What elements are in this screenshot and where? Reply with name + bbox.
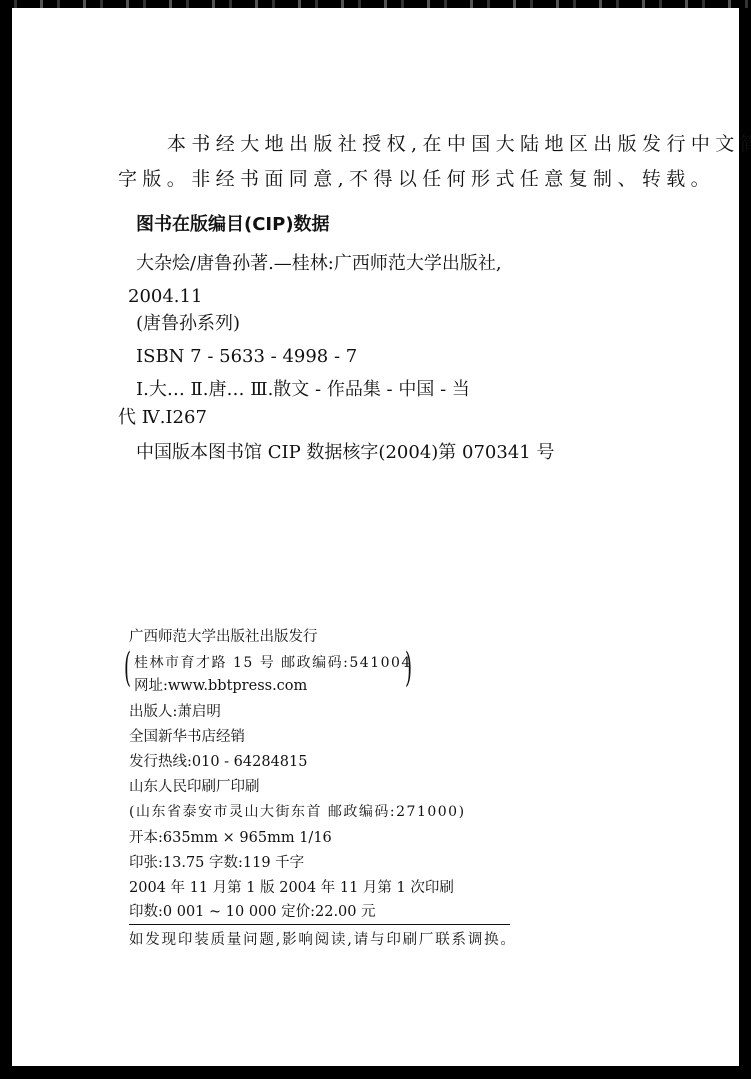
cip-heading: 图书在版编目(CIP)数据 xyxy=(136,216,330,234)
imprint-format: 开本:635mm × 965mm 1/16 xyxy=(129,831,332,846)
cip-series: (唐鲁孙系列) xyxy=(136,315,240,333)
notice-line-1: 本书经大地出版社授权,在中国大陆地区出版发行中文简体 xyxy=(167,135,751,154)
cip-isbn: ISBN 7 - 5633 - 4998 - 7 xyxy=(136,348,357,366)
imprint-printer-address: (山东省泰安市灵山大街东首 邮政编码:271000) xyxy=(129,805,466,819)
cip-title-line: 大杂烩/唐鲁孙著.—桂林:广西师范大学出版社, xyxy=(136,255,502,273)
imprint-address: 桂林市育才路 15 号 邮政编码:541004 xyxy=(134,656,412,670)
imprint-hotline: 发行热线:010 - 64284815 xyxy=(129,755,307,770)
imprint-printer: 山东人民印刷厂印刷 xyxy=(129,780,260,795)
imprint-website: 网址:www.bbtpress.com xyxy=(134,679,307,694)
imprint-print-run-price: 印数:0 001 ~ 10 000 定价:22.00 元 xyxy=(129,905,376,920)
separator-rule xyxy=(129,924,510,925)
copyright-page: 本书经大地出版社授权,在中国大陆地区出版发行中文简体 字版。非经书面同意,不得以… xyxy=(12,8,739,1066)
cip-subjects-line-2: 代 Ⅳ.I267 xyxy=(118,409,207,427)
right-brace: ) xyxy=(405,648,412,688)
scan-border-top xyxy=(0,0,751,8)
quality-notice: 如发现印装质量问题,影响阅读,请与印刷厂联系调换。 xyxy=(129,933,517,948)
imprint-sheets-words: 印张:13.75 字数:119 千字 xyxy=(129,856,304,871)
cip-subjects-line-1: Ⅰ.大… Ⅱ.唐… Ⅲ.散文 - 作品集 - 中国 - 当 xyxy=(136,381,470,399)
left-brace: ( xyxy=(124,648,131,688)
imprint-distributor: 全国新华书店经销 xyxy=(129,730,245,745)
notice-line-2: 字版。非经书面同意,不得以任何形式任意复制、转载。 xyxy=(118,170,715,189)
imprint-publisher: 广西师范大学出版社出版发行 xyxy=(129,630,318,645)
imprint-edition: 2004 年 11 月第 1 版 2004 年 11 月第 1 次印刷 xyxy=(129,881,454,896)
cip-record-number: 中国版本图书馆 CIP 数据核字(2004)第 070341 号 xyxy=(136,444,554,462)
imprint-publisher-person: 出版人:萧启明 xyxy=(129,705,221,720)
cip-date: 2004.11 xyxy=(128,288,202,306)
